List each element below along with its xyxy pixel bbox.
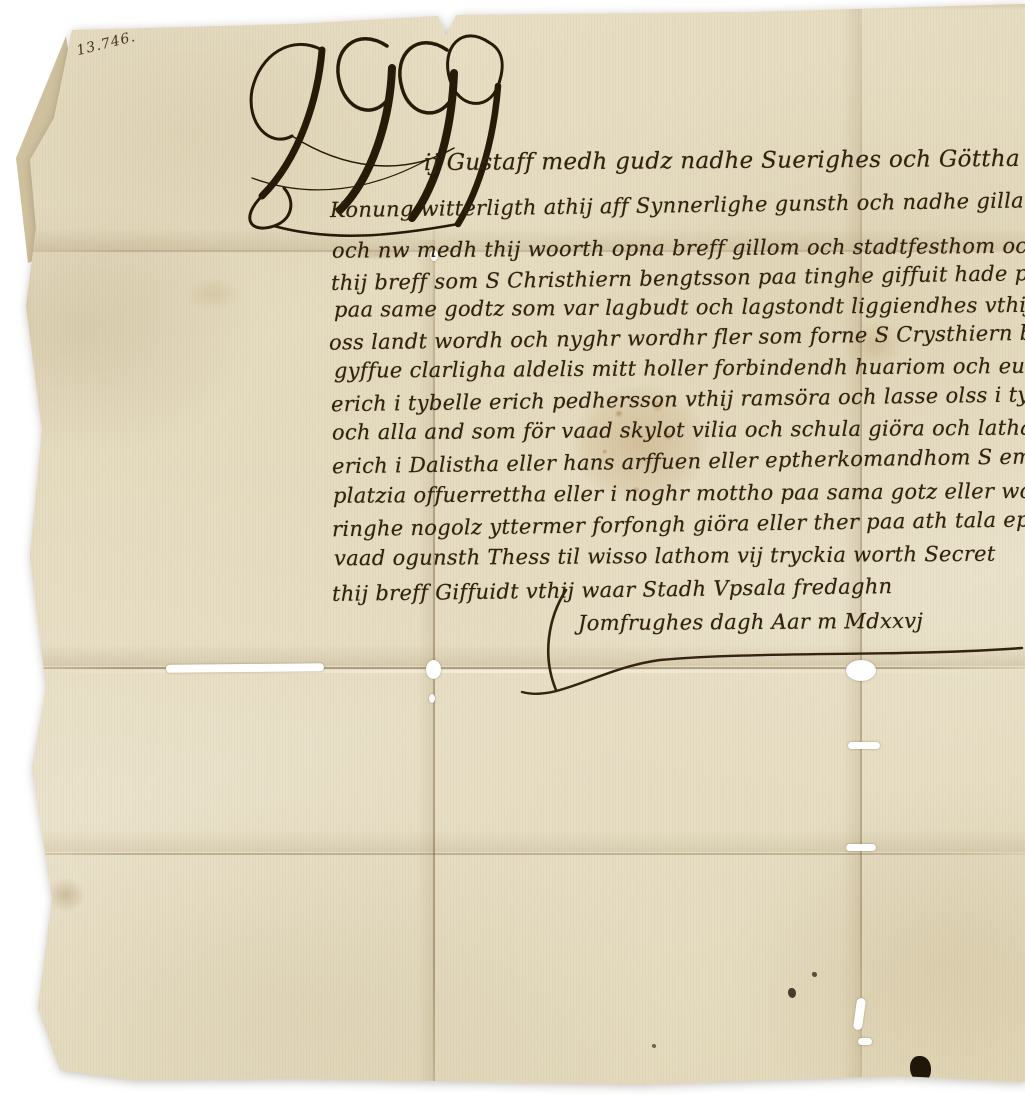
stain	[178, 272, 248, 316]
fold-scar	[858, 1038, 872, 1045]
stain	[40, 872, 92, 918]
fold-hole	[846, 660, 876, 681]
manuscript-line: och nw medh thij woorth opna breff gillo…	[332, 233, 1025, 262]
fold-hole	[426, 660, 441, 679]
parchment-sheet: 13.746. ij Gusta	[0, 0, 1025, 1095]
manuscript-line: ij Gustaff medh gudz nadhe Suerighes och…	[424, 146, 1020, 176]
manuscript-line: vaad ogunsth Thess til wisso lathom vij …	[334, 542, 996, 571]
ink-blot	[910, 1056, 931, 1082]
manuscript-line: paa same godtz som var lagbudt och lagst…	[334, 292, 1025, 321]
manuscript-line: Konung witterligth athij aff Synnerlighe…	[330, 188, 1025, 222]
tear-slit	[166, 663, 324, 673]
manuscript-line: erich i Dalistha eller hans arffuen elle…	[332, 444, 1025, 479]
manuscript-line: platzia offuerrettha eller i noghr motth…	[333, 478, 1025, 508]
ink-speck	[812, 972, 817, 977]
manuscript-line: gyffue clarligha aldelis mitt holler for…	[334, 353, 1025, 382]
manuscript-line: och alla and som för vaad skylot vilia o…	[332, 416, 1025, 445]
paper-wrapper: 13.746. ij Gusta	[0, 0, 1025, 1095]
fold-line-horizontal-3	[0, 853, 1025, 855]
manuscript-line: thij breff Giffuidt vthij waar Stadh Vps…	[332, 574, 893, 606]
ink-speck	[652, 1044, 656, 1048]
fold-hole	[848, 742, 880, 749]
top-edge-shadow	[0, 0, 1025, 10]
fold-hole	[846, 844, 876, 851]
manuscript-line: ringhe nogolz yttermer forfongh giöra el…	[332, 507, 1025, 541]
ink-speck	[788, 988, 796, 998]
scanned-manuscript: 13.746. ij Gusta	[0, 0, 1025, 1095]
fold-hole	[429, 694, 435, 703]
archive-number-annotation: 13.746.	[75, 29, 138, 59]
left-edge-shadow	[0, 0, 34, 1095]
manuscript-dating-line: Jomfrughes dagh Aar m Mdxxvj	[578, 609, 923, 635]
